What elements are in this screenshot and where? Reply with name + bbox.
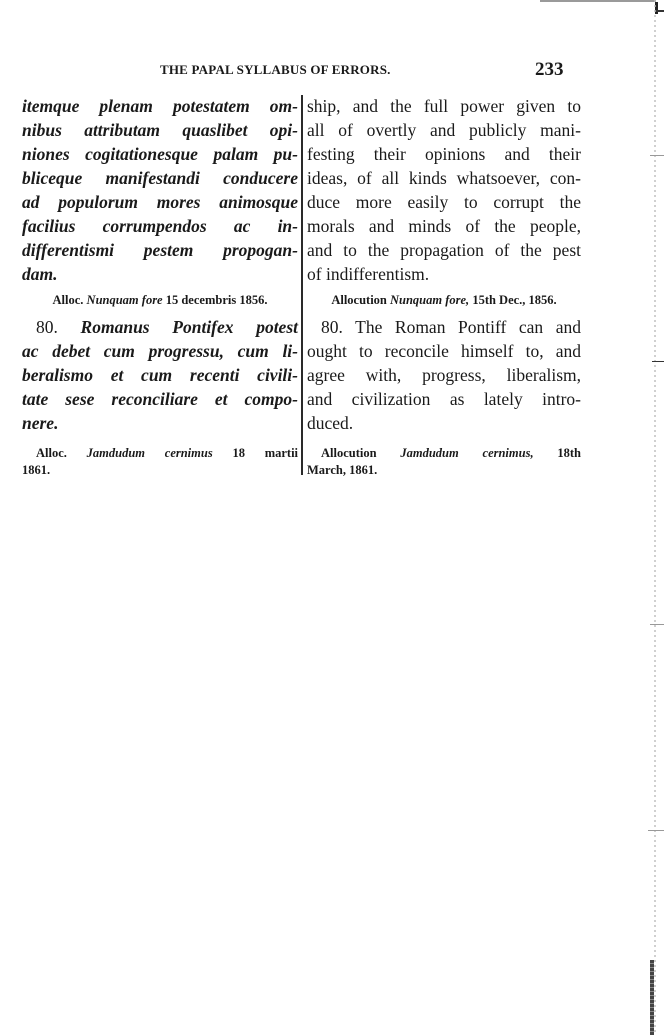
- citation-title-a: Jamdudum: [400, 446, 458, 460]
- latin-item-80-line: ac debet cum progressu, cum li-: [22, 339, 298, 363]
- running-head: THE PAPAL SYLLABUS OF ERRORS. 233: [0, 62, 664, 82]
- english-item-80-line: 80. The Roman Pontiff can and: [307, 315, 581, 339]
- citation-day: 18th: [557, 446, 581, 460]
- latin-citation-2: Alloc. Jamdudum cernimus 18 martii: [22, 445, 298, 462]
- latin-line: nibus attributam quaslibet opi-: [22, 118, 298, 142]
- citation-prefix: Alloc.: [53, 293, 84, 307]
- latin-item-80-line: beralismo et cum recenti civili-: [22, 363, 298, 387]
- latin-line: facilius corrumpendos ac in-: [22, 214, 298, 238]
- latin-column: itemque plenam potestatem om- nibus attr…: [22, 94, 298, 479]
- column-divider: [301, 95, 303, 475]
- english-item-80-line: duced.: [307, 411, 581, 435]
- scan-artifact-binding-tick: [655, 10, 664, 12]
- scan-artifact-tick: [650, 155, 664, 156]
- citation-month: martii: [265, 446, 298, 460]
- english-line: and to the propagation of the pest: [307, 238, 581, 262]
- english-item-80-line: and civilization as lately intro-: [307, 387, 581, 411]
- latin-line: ad populorum mores animosque: [22, 190, 298, 214]
- english-line: duce more easily to corrupt the: [307, 190, 581, 214]
- english-citation-2-rest: March, 1861.: [307, 462, 581, 479]
- scan-artifact-tick: [652, 361, 664, 362]
- latin-line: itemque plenam potestatem om-: [22, 94, 298, 118]
- latin-line: bliceque manifestandi conducere: [22, 166, 298, 190]
- english-line: morals and minds of the people,: [307, 214, 581, 238]
- latin-line: differentismi pestem propogan-: [22, 238, 298, 262]
- item-number: 80.: [36, 317, 58, 337]
- page-number: 233: [535, 59, 564, 81]
- citation-title: Nunquam fore: [87, 293, 163, 307]
- running-title: THE PAPAL SYLLABUS OF ERRORS.: [160, 62, 346, 78]
- english-line: ideas, of all kinds whatsoever, con-: [307, 166, 581, 190]
- book-page: THE PAPAL SYLLABUS OF ERRORS. 233 itemqu…: [0, 0, 664, 1035]
- citation-date: 15th Dec., 1856.: [472, 293, 556, 307]
- citation-title: Nunquam fore,: [390, 293, 469, 307]
- scan-artifact-bottom-bar: [650, 960, 654, 1035]
- scan-artifact-tick: [648, 830, 664, 831]
- latin-item-80-line: 80. Romanus Pontifex potest: [22, 315, 298, 339]
- english-item-80-line: agree with, progress, liberalism,: [307, 363, 581, 387]
- english-citation-1: Allocution Nunquam fore, 15th Dec., 1856…: [307, 292, 581, 309]
- latin-item-80-line: tate sese reconciliare et compo-: [22, 387, 298, 411]
- english-column: ship, and the full power given to all of…: [307, 94, 581, 479]
- citation-prefix: Allocution: [321, 446, 377, 460]
- english-item-80-line: ought to reconcile himself to, and: [307, 339, 581, 363]
- item-text: The Roman Pontiff can and: [355, 317, 581, 337]
- latin-line: niones cogitationesque palam pu-: [22, 142, 298, 166]
- english-line: all of overtly and publicly mani-: [307, 118, 581, 142]
- citation-title-b: cernimus,: [483, 446, 534, 460]
- citation-title-b: cernimus: [165, 446, 213, 460]
- english-line: of indifferentism.: [307, 262, 581, 286]
- citation-title-a: Jamdudum: [87, 446, 145, 460]
- item-number: 80.: [321, 317, 343, 337]
- citation-date: 15 decembris 1856.: [166, 293, 268, 307]
- scan-artifact-tick: [650, 624, 664, 625]
- citation-day: 18: [232, 446, 245, 460]
- latin-item-80-line: nere.: [22, 411, 298, 435]
- latin-line: dam.: [22, 262, 298, 286]
- scan-artifact-top-line: [540, 0, 656, 2]
- citation-prefix: Alloc.: [36, 446, 67, 460]
- english-line: ship, and the full power given to: [307, 94, 581, 118]
- item-text: Romanus Pontifex potest: [81, 317, 298, 337]
- latin-citation-1: Alloc. Nunquam fore 15 decembris 1856.: [22, 292, 298, 309]
- english-citation-2: Allocution Jamdudum cernimus, 18th: [307, 445, 581, 462]
- english-line: festing their opinions and their: [307, 142, 581, 166]
- latin-citation-2-year: 1861.: [22, 462, 298, 479]
- citation-prefix: Allocution: [331, 293, 387, 307]
